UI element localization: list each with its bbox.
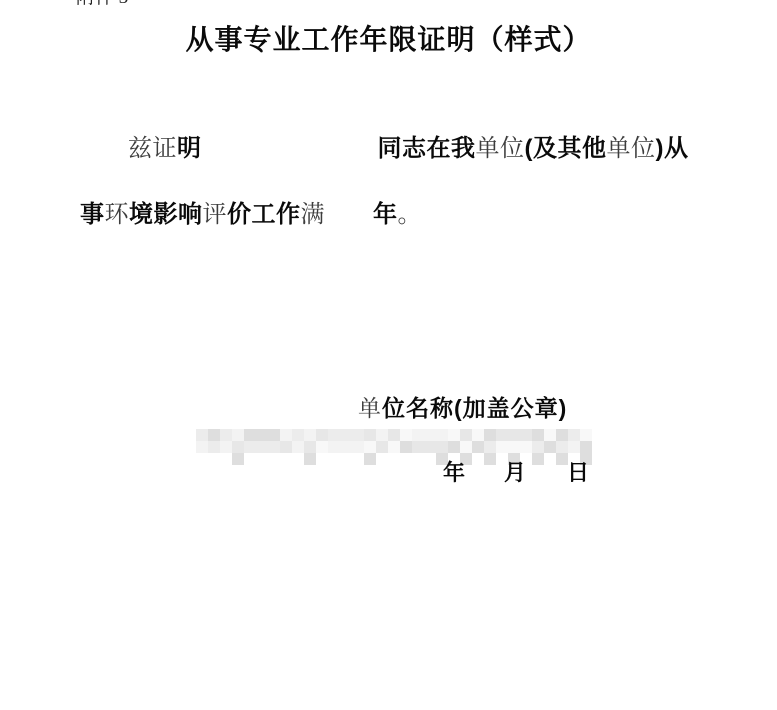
redaction-cell	[520, 441, 532, 453]
body-run: 境影响	[129, 201, 203, 228]
redaction-cell	[460, 441, 472, 453]
redaction-cell	[196, 441, 208, 453]
redaction-cell	[340, 441, 352, 453]
redaction-cell	[484, 441, 496, 453]
redaction-cell	[292, 441, 304, 453]
redaction-cell	[232, 441, 244, 453]
body-run: 价工作	[227, 201, 301, 228]
body-run: 事	[80, 201, 105, 228]
redaction-cell	[400, 441, 412, 453]
month-label: 月	[504, 460, 526, 485]
body-run: )从	[656, 135, 689, 162]
certify-intro: 兹证明	[128, 136, 202, 162]
redaction-cell	[280, 441, 292, 453]
redaction-cell	[412, 429, 424, 441]
redaction-cell	[220, 441, 232, 453]
redaction-cell	[448, 441, 460, 453]
redaction-cell	[304, 429, 316, 441]
redaction-cell	[544, 441, 556, 453]
redaction-cell	[556, 441, 568, 453]
redaction-cell	[364, 453, 376, 465]
name-blank-field	[202, 155, 378, 156]
years-blank-field	[325, 221, 373, 222]
redaction-cell	[400, 429, 412, 441]
redaction-cell	[304, 453, 316, 465]
redaction-cell	[532, 429, 544, 441]
date-line: 年月日	[443, 460, 589, 486]
redaction-cell	[556, 429, 568, 441]
body-run: 单位	[607, 136, 656, 162]
redaction-cell	[472, 429, 484, 441]
redaction-cell	[352, 429, 364, 441]
redaction-cell	[580, 429, 592, 441]
body-run: 单位	[476, 136, 525, 162]
body-run: 满	[301, 202, 326, 228]
redaction-cell	[268, 429, 280, 441]
redaction-cell	[388, 429, 400, 441]
body-line-1: 兹证明同志在我单位(及其他单位)从	[0, 135, 777, 164]
redaction-cell	[304, 441, 316, 453]
redaction-cell	[484, 429, 496, 441]
redaction-cell	[208, 441, 220, 453]
redaction-cell	[292, 429, 304, 441]
redaction-cell	[268, 441, 280, 453]
redaction-cell	[532, 441, 544, 453]
redaction-cell	[364, 429, 376, 441]
redaction-cell	[280, 429, 292, 441]
redaction-cell	[232, 453, 244, 465]
redaction-cell	[436, 429, 448, 441]
redaction-cell	[316, 441, 328, 453]
body-run: 。	[398, 202, 423, 228]
year-label: 年	[443, 460, 465, 485]
document-page: { "document": { "attachment_label": "附件 …	[0, 0, 777, 710]
redaction-cell	[436, 441, 448, 453]
redaction-cell	[520, 429, 532, 441]
redaction-cell	[316, 429, 328, 441]
redaction-cell	[196, 429, 208, 441]
redaction-cell	[364, 441, 376, 453]
redaction-cell	[244, 429, 256, 441]
redaction-cell	[568, 441, 580, 453]
redaction-cell	[352, 441, 364, 453]
attachment-label: 附件 3	[76, 0, 128, 10]
body-line-2: 事环境影响评价工作满年。	[80, 201, 422, 230]
redaction-cell	[244, 441, 256, 453]
redaction-cell	[256, 441, 268, 453]
body-run: 评	[203, 202, 228, 228]
body-run: 年	[373, 201, 398, 228]
redaction-cell	[508, 441, 520, 453]
redaction-cell	[496, 441, 508, 453]
redaction-cell	[580, 441, 592, 453]
body-run: (及其他	[525, 135, 607, 162]
redaction-cell	[544, 429, 556, 441]
document-title: 从事专业工作年限证明（样式）	[0, 24, 777, 58]
redaction-cell	[328, 429, 340, 441]
redaction-cell	[472, 441, 484, 453]
redaction-cell	[496, 429, 508, 441]
redaction-cell	[460, 429, 472, 441]
redaction-cell	[220, 429, 232, 441]
unit-seal-label: 单位名称(加盖公章)	[358, 395, 567, 423]
redaction-cell	[424, 429, 436, 441]
body-run: 环	[105, 202, 130, 228]
redaction-cell	[424, 441, 436, 453]
redaction-cell	[232, 429, 244, 441]
redaction-cell	[568, 429, 580, 441]
day-label: 日	[567, 460, 589, 485]
redaction-cell	[208, 429, 220, 441]
redaction-cell	[376, 441, 388, 453]
redaction-cell	[448, 429, 460, 441]
redaction-cell	[328, 441, 340, 453]
redaction-cell	[376, 429, 388, 441]
redaction-cell	[340, 429, 352, 441]
redaction-cell	[508, 429, 520, 441]
redaction-cell	[388, 441, 400, 453]
body-run: 同志在我	[378, 135, 476, 162]
redaction-cell	[256, 429, 268, 441]
redaction-cell	[412, 441, 424, 453]
